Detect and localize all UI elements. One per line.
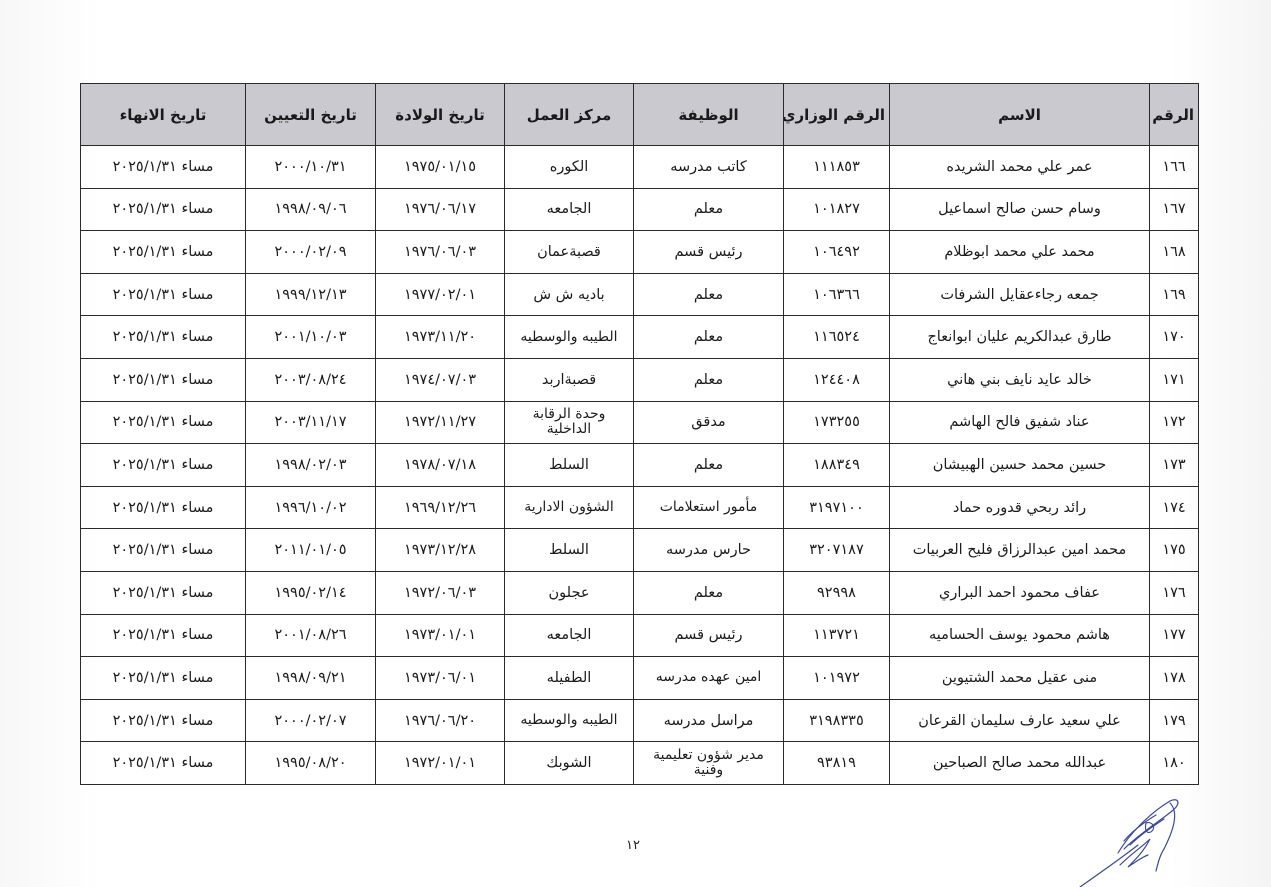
cell-birth-date: ١٩٧٤/٠٧/٠٣ xyxy=(376,358,505,401)
cell-job: مراسل مدرسه xyxy=(634,699,784,742)
cell-end-date: مساء ٢٠٢٥/١/٣١ xyxy=(81,316,246,359)
header-ministry-no: الرقم الوزاري xyxy=(784,84,890,146)
cell-no: ١٧٥ xyxy=(1150,529,1199,572)
cell-birth-date: ١٩٧٦/٠٦/٢٠ xyxy=(376,699,505,742)
table-row: ١٧٩ علي سعيد عارف سليمان القرعان ٣١٩٨٣٣٥… xyxy=(81,699,1199,742)
cell-no: ١٧١ xyxy=(1150,358,1199,401)
cell-workplace: وحدة الرقابة الداخلية xyxy=(505,401,634,444)
cell-no: ١٧٧ xyxy=(1150,614,1199,657)
cell-birth-date: ١٩٧٧/٠٢/٠١ xyxy=(376,273,505,316)
cell-birth-date: ١٩٧٣/٠١/٠١ xyxy=(376,614,505,657)
cell-end-date: مساء ٢٠٢٥/١/٣١ xyxy=(81,614,246,657)
cell-name: منى عقيل محمد الشتيوين xyxy=(890,657,1150,700)
cell-ministry-no: ٣١٩٨٣٣٥ xyxy=(784,699,890,742)
table-row: ١٧٦ عفاف محمود احمد البراري ٩٢٩٩٨ معلم ع… xyxy=(81,571,1199,614)
cell-birth-date: ١٩٧٢/١١/٢٧ xyxy=(376,401,505,444)
cell-birth-date: ١٩٧٦/٠٦/٠٣ xyxy=(376,231,505,274)
table-row: ١٦٦ عمر علي محمد الشريده ١١١٨٥٣ كاتب مدر… xyxy=(81,146,1199,189)
cell-end-date: مساء ٢٠٢٥/١/٣١ xyxy=(81,657,246,700)
cell-birth-date: ١٩٧٢/٠٦/٠٣ xyxy=(376,571,505,614)
cell-ministry-no: ١١١٨٥٣ xyxy=(784,146,890,189)
cell-name: جمعه رجاءعقايل الشرفات xyxy=(890,273,1150,316)
cell-no: ١٦٦ xyxy=(1150,146,1199,189)
header-name: الاسم xyxy=(890,84,1150,146)
cell-birth-date: ١٩٧٦/٠٦/١٧ xyxy=(376,188,505,231)
table-row: ١٦٨ محمد علي محمد ابوظلام ١٠٦٤٩٢ رئيس قس… xyxy=(81,231,1199,274)
table-row: ١٧٠ طارق عبدالكريم عليان ابوانعاج ١١٦٥٢٤… xyxy=(81,316,1199,359)
page-number: ١٢ xyxy=(626,838,640,853)
cell-workplace: قصبةاربد xyxy=(505,358,634,401)
table-row: ١٧٤ رائد ربحي قدوره حماد ٣١٩٧١٠٠ مأمور ا… xyxy=(81,486,1199,529)
table-row: ١٧١ خالد عايد نايف بني هاني ١٢٤٤٠٨ معلم … xyxy=(81,358,1199,401)
cell-hire-date: ١٩٩٥/٠٢/١٤ xyxy=(246,571,376,614)
cell-hire-date: ١٩٩٨/٠٩/٢١ xyxy=(246,657,376,700)
cell-end-date: مساء ٢٠٢٥/١/٣١ xyxy=(81,146,246,189)
cell-ministry-no: ١٠٦٤٩٢ xyxy=(784,231,890,274)
cell-name: خالد عايد نايف بني هاني xyxy=(890,358,1150,401)
cell-job: مأمور استعلامات xyxy=(634,486,784,529)
cell-hire-date: ٢٠٠٠/٠٢/٠٧ xyxy=(246,699,376,742)
header-birth-date: تاريخ الولادة xyxy=(376,84,505,146)
cell-ministry-no: ١٨٨٣٤٩ xyxy=(784,444,890,487)
cell-no: ١٧٦ xyxy=(1150,571,1199,614)
cell-workplace: الطفيله xyxy=(505,657,634,700)
cell-workplace: الشؤون الادارية xyxy=(505,486,634,529)
cell-job: حارس مدرسه xyxy=(634,529,784,572)
cell-ministry-no: ١١٦٥٢٤ xyxy=(784,316,890,359)
table-header-row: الرقم الاسم الرقم الوزاري الوظيفة مركز ا… xyxy=(81,84,1199,146)
cell-no: ١٦٧ xyxy=(1150,188,1199,231)
cell-end-date: مساء ٢٠٢٥/١/٣١ xyxy=(81,231,246,274)
cell-hire-date: ٢٠٠١/١٠/٠٣ xyxy=(246,316,376,359)
cell-job: امين عهده مدرسه xyxy=(634,657,784,700)
cell-end-date: مساء ٢٠٢٥/١/٣١ xyxy=(81,444,246,487)
cell-ministry-no: ١٧٣٢٥٥ xyxy=(784,401,890,444)
cell-hire-date: ١٩٩٦/١٠/٠٢ xyxy=(246,486,376,529)
cell-hire-date: ٢٠٠٣/١١/١٧ xyxy=(246,401,376,444)
cell-hire-date: ١٩٩٨/٠٢/٠٣ xyxy=(246,444,376,487)
cell-name: عناد شفيق فالح الهاشم xyxy=(890,401,1150,444)
cell-birth-date: ١٩٧٨/٠٧/١٨ xyxy=(376,444,505,487)
cell-ministry-no: ١٠٦٣٦٦ xyxy=(784,273,890,316)
cell-name: حسين محمد حسين الهبيشان xyxy=(890,444,1150,487)
cell-workplace: الجامعه xyxy=(505,188,634,231)
header-no: الرقم xyxy=(1150,84,1199,146)
cell-birth-date: ١٩٦٩/١٢/٢٦ xyxy=(376,486,505,529)
cell-hire-date: ١٩٩٥/٠٨/٢٠ xyxy=(246,742,376,785)
cell-no: ١٦٨ xyxy=(1150,231,1199,274)
cell-name: هاشم محمود يوسف الحساميه xyxy=(890,614,1150,657)
cell-workplace: السلط xyxy=(505,444,634,487)
cell-job: معلم xyxy=(634,273,784,316)
cell-ministry-no: ٩٢٩٩٨ xyxy=(784,571,890,614)
cell-name: رائد ربحي قدوره حماد xyxy=(890,486,1150,529)
table-row: ١٧٨ منى عقيل محمد الشتيوين ١٠١٩٧٢ امين ع… xyxy=(81,657,1199,700)
employee-roster-table: الرقم الاسم الرقم الوزاري الوظيفة مركز ا… xyxy=(80,83,1199,785)
cell-no: ١٧٠ xyxy=(1150,316,1199,359)
cell-end-date: مساء ٢٠٢٥/١/٣١ xyxy=(81,571,246,614)
cell-name: عمر علي محمد الشريده xyxy=(890,146,1150,189)
cell-name: علي سعيد عارف سليمان القرعان xyxy=(890,699,1150,742)
cell-birth-date: ١٩٧٣/١١/٢٠ xyxy=(376,316,505,359)
cell-job: رئيس قسم xyxy=(634,614,784,657)
cell-ministry-no: ٣٢٠٧١٨٧ xyxy=(784,529,890,572)
cell-end-date: مساء ٢٠٢٥/١/٣١ xyxy=(81,742,246,785)
cell-name: محمد امين عبدالرزاق فليح العربيات xyxy=(890,529,1150,572)
cell-workplace: عجلون xyxy=(505,571,634,614)
cell-job: معلم xyxy=(634,444,784,487)
table-row: ١٦٧ وسام حسن صالح اسماعيل ١٠١٨٢٧ معلم ال… xyxy=(81,188,1199,231)
cell-ministry-no: ٩٣٨١٩ xyxy=(784,742,890,785)
cell-end-date: مساء ٢٠٢٥/١/٣١ xyxy=(81,401,246,444)
cell-name: محمد علي محمد ابوظلام xyxy=(890,231,1150,274)
cell-end-date: مساء ٢٠٢٥/١/٣١ xyxy=(81,188,246,231)
cell-end-date: مساء ٢٠٢٥/١/٣١ xyxy=(81,486,246,529)
header-workplace: مركز العمل xyxy=(505,84,634,146)
cell-ministry-no: ١٢٤٤٠٨ xyxy=(784,358,890,401)
cell-no: ١٧٨ xyxy=(1150,657,1199,700)
signature-icon xyxy=(1060,793,1190,887)
cell-hire-date: ١٩٩٩/١٢/١٣ xyxy=(246,273,376,316)
cell-workplace: الشوبك xyxy=(505,742,634,785)
cell-no: ١٧٢ xyxy=(1150,401,1199,444)
table-row: ١٦٩ جمعه رجاءعقايل الشرفات ١٠٦٣٦٦ معلم ب… xyxy=(81,273,1199,316)
cell-ministry-no: ١٠١٩٧٢ xyxy=(784,657,890,700)
cell-no: ١٦٩ xyxy=(1150,273,1199,316)
cell-job: معلم xyxy=(634,571,784,614)
cell-workplace: باديه ش ش xyxy=(505,273,634,316)
table-row: ١٨٠ عبدالله محمد صالح الصباحين ٩٣٨١٩ مدي… xyxy=(81,742,1199,785)
cell-hire-date: ٢٠٠١/٠٨/٢٦ xyxy=(246,614,376,657)
cell-workplace: الكوره xyxy=(505,146,634,189)
cell-name: عفاف محمود احمد البراري xyxy=(890,571,1150,614)
table-row: ١٧٥ محمد امين عبدالرزاق فليح العربيات ٣٢… xyxy=(81,529,1199,572)
cell-hire-date: ٢٠٠٣/٠٨/٢٤ xyxy=(246,358,376,401)
cell-end-date: مساء ٢٠٢٥/١/٣١ xyxy=(81,358,246,401)
cell-job: معلم xyxy=(634,316,784,359)
cell-workplace: قصبةعمان xyxy=(505,231,634,274)
cell-no: ١٧٩ xyxy=(1150,699,1199,742)
cell-name: عبدالله محمد صالح الصباحين xyxy=(890,742,1150,785)
cell-ministry-no: ١٠١٨٢٧ xyxy=(784,188,890,231)
cell-ministry-no: ١١٣٧٢١ xyxy=(784,614,890,657)
table-row: ١٧٧ هاشم محمود يوسف الحساميه ١١٣٧٢١ رئيس… xyxy=(81,614,1199,657)
cell-name: وسام حسن صالح اسماعيل xyxy=(890,188,1150,231)
cell-birth-date: ١٩٧٥/٠١/١٥ xyxy=(376,146,505,189)
cell-name: طارق عبدالكريم عليان ابوانعاج xyxy=(890,316,1150,359)
cell-birth-date: ١٩٧٣/٠٦/٠١ xyxy=(376,657,505,700)
cell-no: ١٧٣ xyxy=(1150,444,1199,487)
header-hire-date: تاريخ التعيين xyxy=(246,84,376,146)
cell-hire-date: ٢٠٠٠/٠٢/٠٩ xyxy=(246,231,376,274)
cell-workplace: الطيبه والوسطيه xyxy=(505,316,634,359)
table-row: ١٧٢ عناد شفيق فالح الهاشم ١٧٣٢٥٥ مدقق وح… xyxy=(81,401,1199,444)
cell-job: مدقق xyxy=(634,401,784,444)
cell-workplace: الطيبه والوسطيه xyxy=(505,699,634,742)
cell-end-date: مساء ٢٠٢٥/١/٣١ xyxy=(81,273,246,316)
header-end-date: تاريخ الانهاء xyxy=(81,84,246,146)
cell-job: معلم xyxy=(634,358,784,401)
cell-job: مدير شؤون تعليمية وفنية xyxy=(634,742,784,785)
cell-job: رئيس قسم xyxy=(634,231,784,274)
cell-workplace: الجامعه xyxy=(505,614,634,657)
table-row: ١٧٣ حسين محمد حسين الهبيشان ١٨٨٣٤٩ معلم … xyxy=(81,444,1199,487)
cell-end-date: مساء ٢٠٢٥/١/٣١ xyxy=(81,699,246,742)
cell-ministry-no: ٣١٩٧١٠٠ xyxy=(784,486,890,529)
cell-birth-date: ١٩٧٢/٠١/٠١ xyxy=(376,742,505,785)
cell-no: ١٧٤ xyxy=(1150,486,1199,529)
cell-hire-date: ١٩٩٨/٠٩/٠٦ xyxy=(246,188,376,231)
cell-hire-date: ٢٠٠٠/١٠/٣١ xyxy=(246,146,376,189)
cell-birth-date: ١٩٧٣/١٢/٢٨ xyxy=(376,529,505,572)
cell-job: معلم xyxy=(634,188,784,231)
cell-job: كاتب مدرسه xyxy=(634,146,784,189)
cell-workplace: السلط xyxy=(505,529,634,572)
cell-end-date: مساء ٢٠٢٥/١/٣١ xyxy=(81,529,246,572)
cell-hire-date: ٢٠١١/٠١/٠٥ xyxy=(246,529,376,572)
header-job: الوظيفة xyxy=(634,84,784,146)
cell-no: ١٨٠ xyxy=(1150,742,1199,785)
